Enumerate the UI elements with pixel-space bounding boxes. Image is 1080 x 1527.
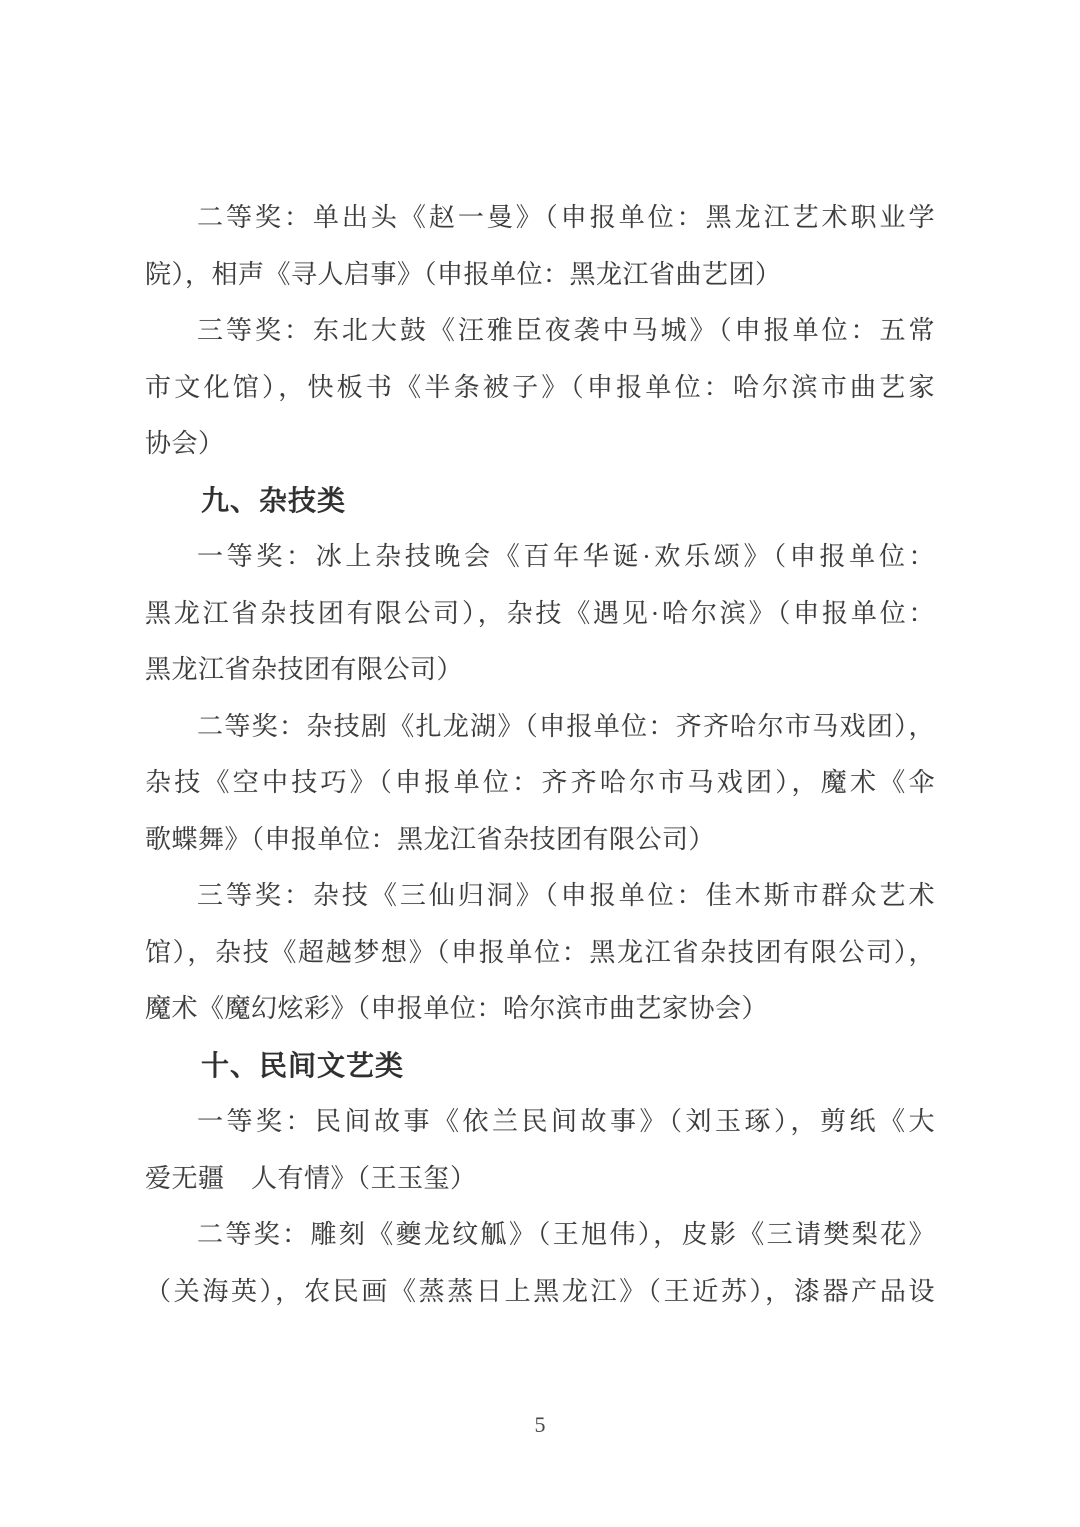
paragraph-line: 杂技《空中技巧》（申报单位：齐齐哈尔市马戏团），魔术《伞 xyxy=(145,755,935,812)
section-heading: 十、民间文艺类 xyxy=(145,1038,935,1095)
paragraph-line: 馆），杂技《超越梦想》（申报单位：黑龙江省杂技团有限公司）， xyxy=(145,925,935,982)
paragraph-line: 二等奖：单出头《赵一曼》（申报单位：黑龙江艺术职业学 xyxy=(145,190,935,247)
paragraph-line: 三等奖：东北大鼓《汪雅臣夜袭中马城》（申报单位：五常 xyxy=(145,303,935,360)
paragraph-line: 院），相声《寻人启事》（申报单位：黑龙江省曲艺团） xyxy=(145,247,935,304)
paragraph-line: 协会） xyxy=(145,416,935,473)
paragraph-line: 歌蝶舞》（申报单位：黑龙江省杂技团有限公司） xyxy=(145,812,935,869)
paragraph-line: 黑龙江省杂技团有限公司） xyxy=(145,642,935,699)
paragraph-line: （关海英），农民画《蒸蒸日上黑龙江》（王近苏），漆器产品设 xyxy=(145,1264,935,1321)
paragraph-line: 二等奖：杂技剧《扎龙湖》（申报单位：齐齐哈尔市马戏团）， xyxy=(145,699,935,756)
page-number: 5 xyxy=(0,1400,1080,1450)
paragraph-line: 市文化馆），快板书《半条被子》（申报单位：哈尔滨市曲艺家 xyxy=(145,360,935,417)
paragraph-line: 一等奖：冰上杂技晚会《百年华诞·欢乐颂》（申报单位： xyxy=(145,529,935,586)
paragraph-line: 一等奖：民间故事《依兰民间故事》（刘玉琢），剪纸《大 xyxy=(145,1094,935,1151)
section-heading: 九、杂技类 xyxy=(145,473,935,530)
document-content: 二等奖：单出头《赵一曼》（申报单位：黑龙江艺术职业学院），相声《寻人启事》（申报… xyxy=(145,190,935,1320)
paragraph-line: 三等奖：杂技《三仙归洞》（申报单位：佳木斯市群众艺术 xyxy=(145,868,935,925)
document-page: 二等奖：单出头《赵一曼》（申报单位：黑龙江艺术职业学院），相声《寻人启事》（申报… xyxy=(0,0,1080,1527)
paragraph-line: 魔术《魔幻炫彩》（申报单位：哈尔滨市曲艺家协会） xyxy=(145,981,935,1038)
paragraph-line: 爱无疆 人有情》（王玉玺） xyxy=(145,1151,935,1208)
paragraph-line: 黑龙江省杂技团有限公司），杂技《遇见·哈尔滨》（申报单位： xyxy=(145,586,935,643)
paragraph-line: 二等奖：雕刻《夔龙纹觚》（王旭伟），皮影《三请樊梨花》 xyxy=(145,1207,935,1264)
